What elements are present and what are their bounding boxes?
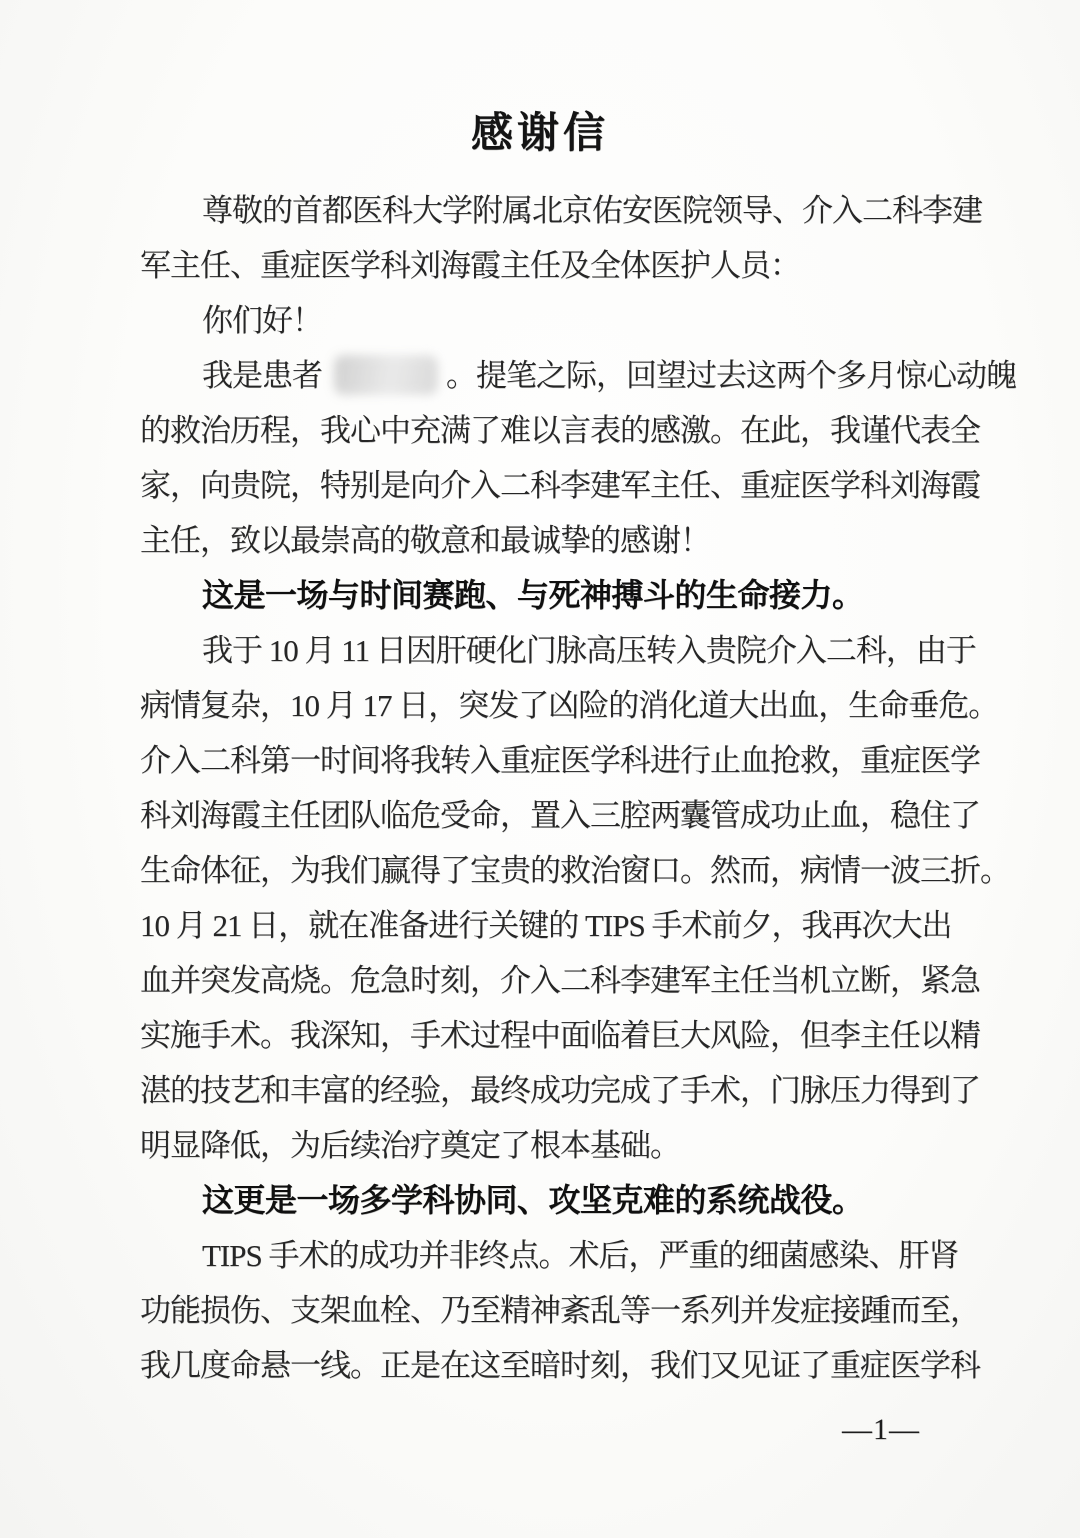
text-line: 的救治历程，我心中充满了难以言表的感激。在此，我谨代表全: [140, 403, 990, 458]
scanned-letter-page: 感谢信 尊敬的首都医科大学附属北京佑安医院领导、介入二科李建军主任、重症医学科刘…: [0, 0, 1080, 1538]
text-line: 你们好！: [140, 293, 990, 348]
text-line: 我于 10 月 11 日因肝硬化门脉高压转入贵院介入二科，由于: [140, 623, 990, 678]
text-line: 湛的技艺和丰富的经验，最终成功完成了手术，门脉压力得到了: [140, 1063, 990, 1118]
text-line: 病情复杂，10 月 17 日，突发了凶险的消化道大出血，生命垂危。: [140, 678, 990, 733]
text-line: 明显降低，为后续治疗奠定了根本基础。: [140, 1118, 990, 1173]
text-line: 10 月 21 日，就在准备进行关键的 TIPS 手术前夕，我再次大出: [140, 898, 990, 953]
text-line: 科刘海霞主任团队临危受命，置入三腔两囊管成功止血，稳住了: [140, 788, 990, 843]
text-line: 主任，致以最崇高的敬意和最诚挚的感谢！: [140, 513, 990, 568]
document-body: 尊敬的首都医科大学附属北京佑安医院领导、介入二科李建军主任、重症医学科刘海霞主任…: [0, 183, 1080, 1393]
redacted-patient-name: [334, 355, 438, 395]
text-line: 血并突发高烧。危急时刻，介入二科李建军主任当机立断，紧急: [140, 953, 990, 1008]
text-line: 功能损伤、支架血栓、乃至精神紊乱等一系列并发症接踵而至，: [140, 1283, 990, 1338]
letter-title: 感谢信: [0, 0, 1080, 160]
text-line: 实施手术。我深知，手术过程中面临着巨大风险，但李主任以精: [140, 1008, 990, 1063]
text-line: 军主任、重症医学科刘海霞主任及全体医护人员：: [140, 238, 990, 293]
text-line: 尊敬的首都医科大学附属北京佑安医院领导、介入二科李建: [140, 183, 990, 238]
text-after-redaction: 。提笔之际，回望过去这两个多月惊心动魄: [446, 358, 1016, 393]
text-line: 生命体征，为我们赢得了宝贵的救治窗口。然而，病情一波三折。: [140, 843, 990, 898]
text-before-redaction: 我是患者: [202, 358, 322, 393]
page-number: —1—: [0, 1413, 1080, 1447]
text-line: 我是患者。提笔之际，回望过去这两个多月惊心动魄: [140, 348, 990, 403]
text-line: TIPS 手术的成功并非终点。术后，严重的细菌感染、肝肾: [140, 1228, 990, 1283]
text-line: 我几度命悬一线。正是在这至暗时刻，我们又见证了重症医学科: [140, 1338, 990, 1393]
heading-line: 这是一场与时间赛跑、与死神搏斗的生命接力。: [140, 568, 990, 623]
text-line: 介入二科第一时间将我转入重症医学科进行止血抢救，重症医学: [140, 733, 990, 788]
heading-line: 这更是一场多学科协同、攻坚克难的系统战役。: [140, 1173, 990, 1228]
text-line: 家，向贵院，特别是向介入二科李建军主任、重症医学科刘海霞: [140, 458, 990, 513]
